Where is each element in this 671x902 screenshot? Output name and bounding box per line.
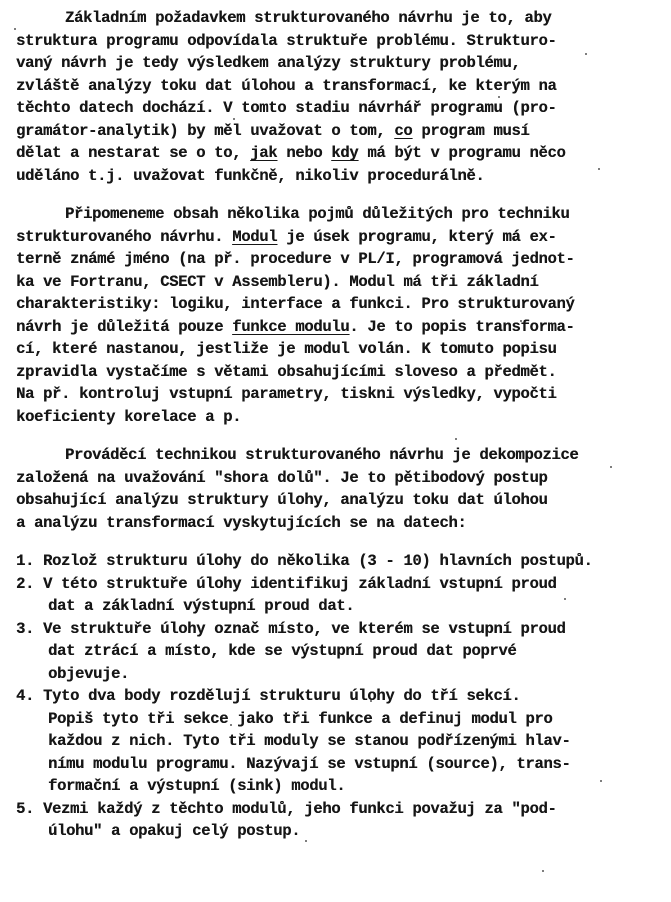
scan-speck: [370, 700, 372, 702]
text-line: 5. Vezmi každý z těchto modulů, jeho fun…: [16, 798, 556, 820]
typewritten-page: Základním požadavkem strukturovaného náv…: [0, 0, 671, 902]
text-segment: struktura programu odpovídala struktuře …: [16, 32, 556, 50]
text-line: Popiš tyto tři sekce jako tři funkce a d…: [48, 708, 552, 730]
text-segment: ka ve Fortranu, CSECT v Assembleru). Mod…: [16, 273, 538, 291]
text-segment: uděláno t.j. uvažovat funkčně, nikoliv p…: [16, 167, 484, 185]
text-line: zpravidla vystačíme s větami obsahujícím…: [16, 361, 556, 383]
text-segment: založená na uvažování "shora dolů". Je t…: [16, 469, 547, 487]
text-segment: návrh je důležitá pouze: [16, 318, 232, 336]
text-line: terně známé jméno (na př. procedure v PL…: [16, 248, 574, 270]
text-line: formační a výstupní (sink) modul.: [48, 775, 345, 797]
text-segment: těchto datech dochází. V tomto stadiu ná…: [16, 99, 556, 117]
text-segment: program musí: [412, 122, 529, 140]
text-segment: 2. V této struktuře úlohy identifikuj zá…: [16, 575, 556, 593]
text-line: úlohu" a opakuj celý postup.: [48, 820, 300, 842]
text-segment: objevuje.: [48, 665, 129, 683]
text-line: 1. Rozlož strukturu úlohy do několika (3…: [16, 550, 593, 572]
text-line: dělat a nestarat se o to, jak nebo kdy m…: [16, 142, 566, 164]
text-segment: nebo: [277, 144, 331, 162]
text-segment: dat ztrácí a místo, kde se výstupní prou…: [48, 642, 516, 660]
scan-speck: [600, 780, 602, 782]
text-segment: Na př. kontroluj vstupní parametry, tisk…: [16, 385, 556, 403]
text-segment: obsahující analýzu struktury úlohy, anal…: [16, 491, 547, 509]
scan-speck: [498, 96, 500, 98]
text-line: vaný návrh je tedy výsledkem analýzy str…: [16, 52, 520, 74]
text-segment: zvláště analýzy toku dat úlohou a transf…: [16, 77, 556, 95]
scan-speck: [233, 118, 235, 120]
scan-speck: [14, 28, 16, 30]
text-segment: formační a výstupní (sink) modul.: [48, 777, 345, 795]
text-line: návrh je důležitá pouze funkce modulu. J…: [16, 316, 575, 338]
scan-speck: [288, 528, 290, 530]
text-segment: dělat a nestarat se o to,: [16, 144, 250, 162]
text-segment: zpravidla vystačíme s větami obsahujícím…: [16, 363, 556, 381]
text-segment: gramátor-analytik) by měl uvažovat o tom…: [16, 122, 394, 140]
text-line: gramátor-analytik) by měl uvažovat o tom…: [16, 120, 529, 142]
text-line: zvláště analýzy toku dat úlohou a transf…: [16, 75, 556, 97]
text-line: struktura programu odpovídala struktuře …: [16, 30, 556, 52]
scan-speck: [305, 840, 307, 842]
text-line: nímu modulu programu. Nazývají se vstupn…: [48, 753, 570, 775]
underlined-term: jak: [250, 144, 277, 162]
text-line: ka ve Fortranu, CSECT v Assembleru). Mod…: [16, 271, 538, 293]
text-line: charakteristiky: logiku, interface a fun…: [16, 293, 574, 315]
text-line: a analýzu transformací vyskytujících se …: [16, 512, 466, 534]
text-segment: Připomeneme obsah několika pojmů důležit…: [65, 205, 569, 223]
text-line: 2. V této struktuře úlohy identifikuj zá…: [16, 573, 556, 595]
text-line: cí, které nastanou, jestliže je modul vo…: [16, 338, 556, 360]
text-segment: 4. Tyto dva body rozdělují strukturu úlo…: [16, 687, 520, 705]
text-segment: dat a základní výstupní proud dat.: [48, 597, 354, 615]
underlined-term: kdy: [331, 144, 358, 162]
text-segment: charakteristiky: logiku, interface a fun…: [16, 295, 574, 313]
text-segment: vaný návrh je tedy výsledkem analýzy str…: [16, 54, 520, 72]
text-segment: nímu modulu programu. Nazývají se vstupn…: [48, 755, 570, 773]
text-segment: . Je to popis transforma-: [349, 318, 574, 336]
scan-speck: [598, 168, 600, 170]
text-segment: 1. Rozlož strukturu úlohy do několika (3…: [16, 552, 593, 570]
text-line: obsahující analýzu struktury úlohy, anal…: [16, 489, 547, 511]
text-line: strukturovaného návrhu. Modul je úsek pr…: [16, 226, 556, 248]
text-segment: a analýzu transformací vyskytujících se …: [16, 514, 466, 532]
scan-speck: [564, 598, 566, 600]
scan-speck: [610, 466, 612, 468]
text-segment: koeficienty korelace a p.: [16, 408, 241, 426]
text-segment: Základním požadavkem strukturovaného náv…: [65, 9, 551, 27]
scan-speck: [455, 438, 457, 440]
underlined-term: funkce modulu: [232, 318, 349, 336]
text-line: Základním požadavkem strukturovaného náv…: [65, 7, 551, 29]
text-line: uděláno t.j. uvažovat funkčně, nikoliv p…: [16, 165, 484, 187]
text-segment: Prováděcí technikou strukturovaného návr…: [65, 446, 578, 464]
scan-speck: [520, 320, 522, 322]
text-line: objevuje.: [48, 663, 129, 685]
text-segment: Popiš tyto tři sekce jako tři funkce a d…: [48, 710, 552, 728]
text-segment: 5. Vezmi každý z těchto modulů, jeho fun…: [16, 800, 556, 818]
text-line: koeficienty korelace a p.: [16, 406, 241, 428]
text-segment: 3. Ve struktuře úlohy označ místo, ve kt…: [16, 620, 565, 638]
scan-speck: [230, 724, 232, 726]
text-segment: úlohu" a opakuj celý postup.: [48, 822, 300, 840]
text-line: dat a základní výstupní proud dat.: [48, 595, 354, 617]
text-line: těchto datech dochází. V tomto stadiu ná…: [16, 97, 556, 119]
text-segment: terně známé jméno (na př. procedure v PL…: [16, 250, 574, 268]
text-line: každou z nich. Tyto tři moduly se stanou…: [48, 730, 570, 752]
scan-speck: [542, 870, 544, 872]
text-line: Na př. kontroluj vstupní parametry, tisk…: [16, 383, 556, 405]
text-segment: cí, které nastanou, jestliže je modul vo…: [16, 340, 556, 358]
underlined-term: co: [394, 122, 412, 140]
text-segment: je úsek programu, který má ex-: [277, 228, 556, 246]
text-segment: každou z nich. Tyto tři moduly se stanou…: [48, 732, 570, 750]
text-line: Prováděcí technikou strukturovaného návr…: [65, 444, 578, 466]
text-line: Připomeneme obsah několika pojmů důležit…: [65, 203, 569, 225]
text-line: dat ztrácí a místo, kde se výstupní prou…: [48, 640, 516, 662]
text-line: založená na uvažování "shora dolů". Je t…: [16, 467, 547, 489]
text-segment: má být v programu něco: [358, 144, 565, 162]
text-line: 4. Tyto dva body rozdělují strukturu úlo…: [16, 685, 520, 707]
underlined-term: Modul: [232, 228, 277, 246]
scan-speck: [585, 53, 587, 55]
text-segment: strukturovaného návrhu.: [16, 228, 232, 246]
text-line: 3. Ve struktuře úlohy označ místo, ve kt…: [16, 618, 565, 640]
